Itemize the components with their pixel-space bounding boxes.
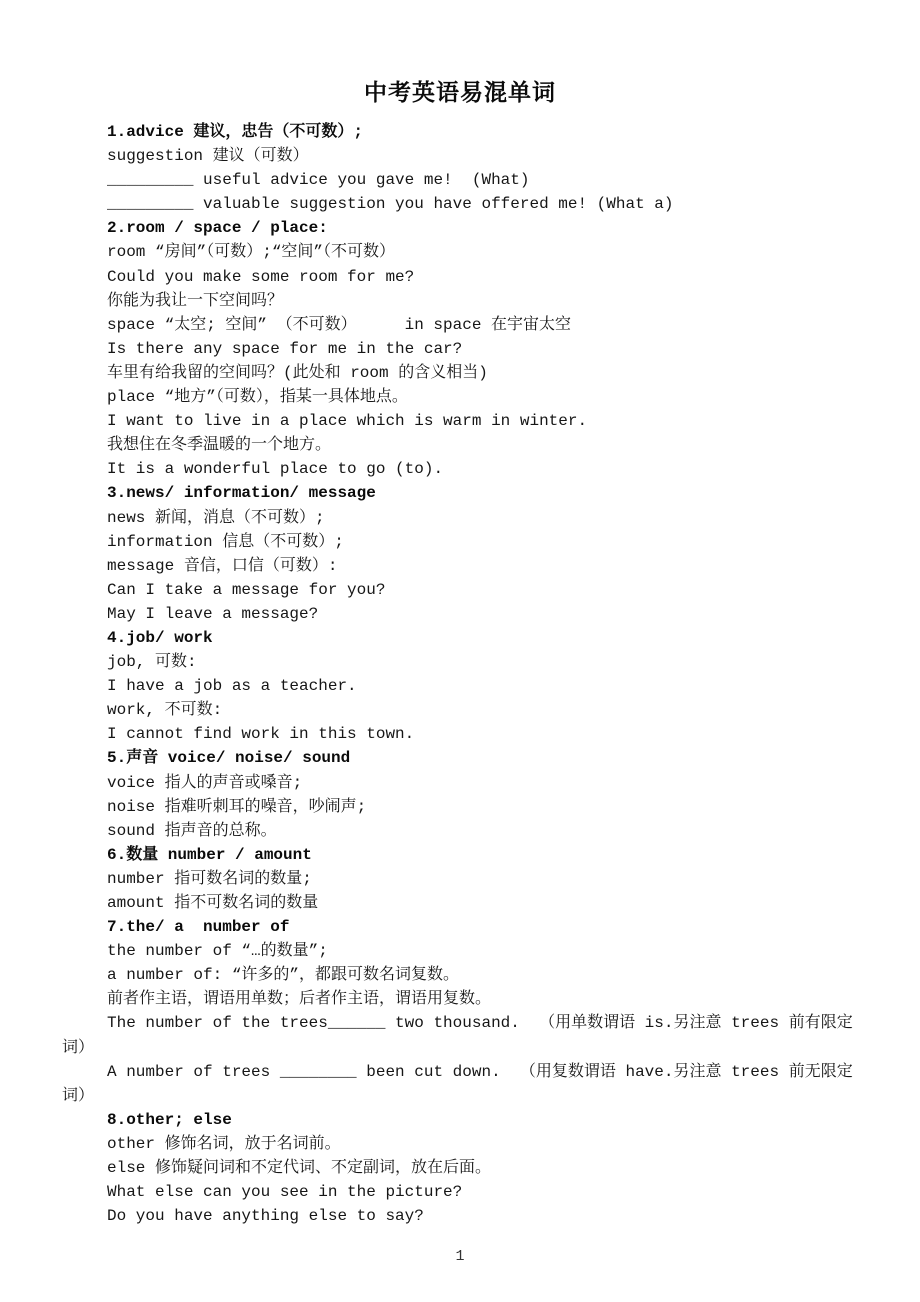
- text-line: May I leave a message?: [107, 602, 874, 626]
- text-line: I cannot find work in this town.: [107, 722, 874, 746]
- text-line: amount 指不可数名词的数量: [107, 891, 874, 915]
- text-line: 你能为我让一下空间吗？: [107, 289, 874, 313]
- fill-blank-line: _________ useful advice you gave me! (Wh…: [107, 168, 874, 192]
- text-line: I have a job as a teacher.: [107, 674, 874, 698]
- text-line: It is a wonderful place to go (to).: [107, 457, 874, 481]
- fill-blank-line: A number of trees ________ been cut down…: [107, 1060, 874, 1084]
- text-line: a number of: “许多的”，都跟可数名词复数。: [107, 963, 874, 987]
- document-page: 中考英语易混单词 1.advice 建议，忠告（不可数）; suggestion…: [0, 0, 920, 1302]
- text-line: Is there any space for me in the car?: [107, 337, 874, 361]
- text-line: place “地方”（可数），指某一具体地点。: [107, 385, 874, 409]
- text-line: job, 可数:: [107, 650, 874, 674]
- text-line: Could you make some room for me?: [107, 265, 874, 289]
- text-line: information 信息（不可数）;: [107, 530, 874, 554]
- text-line: noise 指难听刺耳的噪音，吵闹声;: [107, 795, 874, 819]
- section-heading-number-of: 7.the/ a number of: [107, 915, 874, 939]
- text-line: other 修饰名词，放于名词前。: [107, 1132, 874, 1156]
- page-number: 1: [0, 1248, 920, 1265]
- section-heading-number: 6.数量 number / amount: [107, 843, 874, 867]
- text-line: What else can you see in the picture?: [107, 1180, 874, 1204]
- text-line: 我想住在冬季温暖的一个地方。: [107, 433, 874, 457]
- text-line: news 新闻，消息（不可数）;: [107, 506, 874, 530]
- section-heading-room: 2.room / space / place:: [107, 216, 874, 240]
- document-body: 1.advice 建议，忠告（不可数）; suggestion 建议（可数） _…: [0, 120, 920, 1228]
- text-line: Do you have anything else to say?: [107, 1204, 874, 1228]
- section-heading-news: 3.news/ information/ message: [107, 481, 874, 505]
- fill-blank-line: _________ valuable suggestion you have o…: [107, 192, 874, 216]
- text-line: work, 不可数:: [107, 698, 874, 722]
- text-line: number 指可数名词的数量;: [107, 867, 874, 891]
- section-heading-voice: 5.声音 voice/ noise/ sound: [107, 746, 874, 770]
- text-line: space “太空; 空间” （不可数） in space 在宇宙太空: [107, 313, 874, 337]
- text-line: 车里有给我留的空间吗？(此处和 room 的含义相当): [107, 361, 874, 385]
- fill-blank-line: The number of the trees______ two thousa…: [107, 1011, 874, 1035]
- text-line: suggestion 建议（可数）: [107, 144, 874, 168]
- section-heading-other: 8.other; else: [107, 1108, 874, 1132]
- text-line: voice 指人的声音或嗓音;: [107, 771, 874, 795]
- wrapped-line: 词）: [62, 1084, 874, 1108]
- section-heading-job: 4.job/ work: [107, 626, 874, 650]
- text-line: message 音信，口信（可数）:: [107, 554, 874, 578]
- section-heading-advice: 1.advice 建议，忠告（不可数）;: [107, 120, 874, 144]
- text-line: room “房间”（可数）;“空间”（不可数）: [107, 240, 874, 264]
- text-line: 前者作主语，谓语用单数；后者作主语，谓语用复数。: [107, 987, 874, 1011]
- text-line: I want to live in a place which is warm …: [107, 409, 874, 433]
- text-line: sound 指声音的总称。: [107, 819, 874, 843]
- text-line: Can I take a message for you?: [107, 578, 874, 602]
- text-line: the number of “…的数量”;: [107, 939, 874, 963]
- text-line: else 修饰疑问词和不定代词、不定副词，放在后面。: [107, 1156, 874, 1180]
- wrapped-line: 词）: [62, 1036, 874, 1060]
- page-title: 中考英语易混单词: [0, 0, 920, 107]
